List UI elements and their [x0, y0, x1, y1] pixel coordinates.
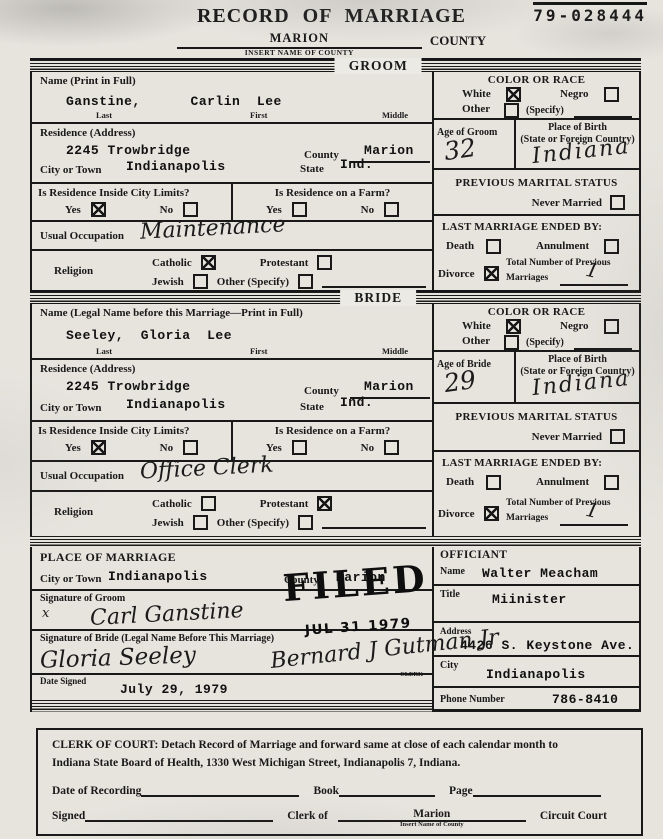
- bride-white-checkbox: [506, 319, 521, 334]
- bride-name-row: Name (Legal Name before this Marriage—Pr…: [32, 304, 432, 360]
- never-married-label: Never Married: [532, 197, 602, 209]
- county-name-value: MARION: [270, 31, 329, 45]
- city-limits-question-label: Is Residence Inside City Limits?: [38, 187, 225, 199]
- groom-signature-value: Carl Ganstine: [90, 600, 245, 630]
- document-header: RECORD OF MARRIAGE 79-028444 MARION INSE…: [0, 0, 663, 58]
- previous-marital-status-title: PREVIOUS MARITAL STATUS: [434, 404, 639, 423]
- specify-fill-line: [574, 116, 632, 118]
- officiant-name-label: Name: [440, 566, 465, 577]
- bride-residence-row: Residence (Address) 2245 Trowbridge Coun…: [32, 360, 432, 422]
- officiant-city-row: City Indianapolis: [434, 657, 639, 688]
- groom-white-checkbox: [506, 87, 521, 102]
- bride-occupation-row: Usual Occupation Office Clerk: [32, 462, 432, 492]
- clerk-of-court-box: CLERK OF COURT: Detach Record of Marriag…: [36, 728, 643, 836]
- name-sub-middle: Middle: [382, 110, 408, 120]
- bride-birthplace-cell: Place of Birth (State or Foreign Country…: [516, 352, 639, 402]
- groom-residence-label: Residence (Address): [40, 127, 135, 139]
- bride-marital-status-row: PREVIOUS MARITAL STATUS Never Married: [434, 404, 639, 452]
- name-sub-last: Last: [96, 110, 112, 120]
- groom-jewish-checkbox: [193, 274, 208, 289]
- bride-catholic-checkbox: [201, 496, 216, 511]
- phone-number-label: Phone Number: [440, 694, 505, 705]
- white-label: White: [462, 320, 491, 332]
- jewish-label: Jewish: [152, 276, 184, 288]
- bride-annulment-checkbox: [604, 475, 619, 490]
- groom-residence-row: Residence (Address) 2245 Trowbridge Coun…: [32, 124, 432, 184]
- groom-age-value: 32: [442, 135, 477, 164]
- bride-other-race-checkbox: [504, 335, 519, 350]
- groom-city-value: Indianapolis: [126, 159, 226, 174]
- other-religion-fill-line: [322, 275, 426, 288]
- bride-farm-yes-checkbox: [292, 440, 307, 455]
- negro-label: Negro: [560, 88, 589, 100]
- groom-occupation-row: Usual Occupation Maintenance: [32, 222, 432, 251]
- bride-city-label: City or Town: [40, 402, 102, 414]
- other-religion-fill-line: [322, 516, 426, 529]
- protestant-label: Protestant: [260, 498, 309, 510]
- groom-divorce-checkbox: [484, 266, 499, 281]
- groom-state-value: Ind.: [340, 157, 373, 172]
- no-label: No: [361, 442, 374, 454]
- death-label: Death: [446, 240, 474, 252]
- officiant-title: OFFICIANT: [434, 547, 639, 563]
- recording-row: Date of Recording Book Page: [52, 784, 627, 797]
- total-previous-fill-line: [560, 524, 628, 526]
- groom-other-religion-checkbox: [298, 274, 313, 289]
- bride-death-checkbox: [486, 475, 501, 490]
- groom-death-checkbox: [486, 239, 501, 254]
- groom-name-label: Name (Print in Full): [40, 75, 136, 87]
- bride-section: Name (Legal Name before this Marriage—Pr…: [30, 304, 641, 536]
- officiant-phone-row: Phone Number 786-8410: [434, 688, 639, 712]
- book-fill-line: [339, 784, 435, 797]
- groom-name-value: Ganstine, Carlin Lee: [66, 94, 282, 109]
- religion-label: Religion: [54, 265, 93, 277]
- specify-fill-line: [574, 348, 632, 350]
- bride-county-value: Marion: [364, 379, 414, 394]
- name-sub-first: First: [250, 346, 267, 356]
- bride-city-value: Indianapolis: [126, 397, 226, 412]
- bride-occupation-value: Office Clerk: [140, 455, 275, 484]
- groom-right-column: COLOR OR RACE White Negro Other (Specify…: [434, 72, 639, 290]
- bride-residence-label: Residence (Address): [40, 363, 135, 375]
- clerk-county-fill-line: Marion Insert Name of County: [338, 808, 526, 822]
- section-divider-bar: [30, 536, 641, 547]
- officiant-name-row: Name Walter Meacham: [434, 563, 639, 586]
- officiant-city-label: City: [440, 660, 458, 671]
- yes-label: Yes: [266, 442, 282, 454]
- bride-other-religion-checkbox: [298, 515, 313, 530]
- bride-jewish-checkbox: [193, 515, 208, 530]
- never-married-label: Never Married: [532, 431, 602, 443]
- date-signed-label: Date Signed: [40, 676, 86, 686]
- name-sub-middle: Middle: [382, 346, 408, 356]
- groom-age-birth-row: Age of Groom 32 Place of Birth (State or…: [434, 120, 639, 170]
- county-hint-label: INSERT NAME OF COUNTY: [245, 48, 354, 57]
- groom-negro-checkbox: [604, 87, 619, 102]
- divorce-label: Divorce: [438, 508, 474, 520]
- protestant-label: Protestant: [260, 257, 309, 269]
- signature-of-groom-label: Signature of Groom: [40, 593, 125, 604]
- groom-state-label: State: [300, 163, 324, 175]
- no-label: No: [160, 442, 173, 454]
- occupation-label: Usual Occupation: [40, 470, 124, 482]
- groom-marital-status-row: PREVIOUS MARITAL STATUS Never Married: [434, 170, 639, 216]
- total-previous-sublabel: Marriages: [506, 513, 548, 523]
- catholic-label: Catholic: [152, 498, 192, 510]
- city-limits-options: Yes No: [38, 440, 225, 455]
- farm-question-label: Is Residence on a Farm?: [239, 187, 426, 199]
- groom-county-value: Marion: [364, 143, 414, 158]
- clerk-county-value: Marion: [413, 808, 450, 820]
- specify-label: (Specify): [526, 337, 564, 348]
- no-label: No: [361, 204, 374, 216]
- groom-race-row: COLOR OR RACE White Negro Other (Specify…: [434, 72, 639, 120]
- bride-age-cell: Age of Bride 29: [434, 352, 516, 402]
- other-race-label: Other: [462, 335, 490, 347]
- bride-race-row: COLOR OR RACE White Negro Other (Specify…: [434, 304, 639, 352]
- phone-number-value: 786-8410: [552, 692, 618, 707]
- date-of-recording-fill-line: [141, 784, 299, 797]
- officiant-name-value: Walter Meacham: [482, 566, 598, 581]
- no-label: No: [160, 204, 173, 216]
- groom-birthplace-cell: Place of Birth (State or Foreign Country…: [516, 120, 639, 168]
- divorce-label: Divorce: [438, 268, 474, 280]
- groom-section: Name (Print in Full) Ganstine, Carlin Le…: [30, 72, 641, 290]
- groom-section-banner: GROOM: [30, 58, 641, 72]
- bride-divorce-checkbox: [484, 506, 499, 521]
- bride-farm-no-checkbox: [384, 440, 399, 455]
- groom-left-column: Name (Print in Full) Ganstine, Carlin Le…: [32, 72, 434, 290]
- other-religion-label: Other (Specify): [217, 276, 289, 288]
- total-previous-sublabel: Marriages: [506, 273, 548, 283]
- clerk-instructions-line2: Indiana State Board of Health, 1330 West…: [52, 755, 627, 773]
- groom-city-limits-no-checkbox: [183, 202, 198, 217]
- jewish-label: Jewish: [152, 517, 184, 529]
- bride-age-value: 29: [442, 367, 477, 396]
- negro-label: Negro: [560, 320, 589, 332]
- bride-name-value: Seeley, Gloria Lee: [66, 328, 232, 343]
- bride-never-married-checkbox: [610, 429, 625, 444]
- filed-stamp-text: FILED: [282, 560, 429, 607]
- groom-signature-mark: x: [42, 607, 49, 620]
- catholic-label: Catholic: [152, 257, 192, 269]
- place-city-label: City or Town: [40, 573, 102, 585]
- groom-other-race-checkbox: [504, 103, 519, 118]
- yes-label: Yes: [65, 442, 81, 454]
- name-sub-last: Last: [96, 346, 112, 356]
- other-race-label: Other: [462, 103, 490, 115]
- annulment-label: Annulment: [536, 240, 589, 252]
- groom-name-row: Name (Print in Full) Ganstine, Carlin Le…: [32, 72, 432, 124]
- groom-age-cell: Age of Groom 32: [434, 120, 516, 168]
- bride-city-limits-question: Is Residence Inside City Limits? Yes No: [32, 422, 233, 460]
- death-label: Death: [446, 476, 474, 488]
- groom-address-value: 2245 Trowbridge: [66, 143, 191, 158]
- groom-protestant-checkbox: [317, 255, 332, 270]
- name-sub-first: First: [250, 110, 267, 120]
- groom-marriage-ended-row: LAST MARRIAGE ENDED BY: Death Annulment …: [434, 216, 639, 290]
- page-label: Page: [449, 785, 473, 797]
- city-limits-options: Yes No: [38, 202, 225, 217]
- form-body: GROOM Name (Print in Full) Ganstine, Car…: [30, 58, 641, 712]
- place-of-birth-label: Place of Birth: [516, 354, 639, 366]
- circuit-court-label: Circuit Court: [540, 810, 607, 822]
- religion-label: Religion: [54, 506, 93, 518]
- page-fill-line: [473, 784, 601, 797]
- groom-never-married-checkbox: [610, 195, 625, 210]
- place-city-value: Indianapolis: [108, 569, 208, 584]
- bride-marriage-ended-row: LAST MARRIAGE ENDED BY: Death Annulment …: [434, 452, 639, 536]
- last-marriage-ended-title: LAST MARRIAGE ENDED BY:: [442, 457, 602, 469]
- place-of-birth-label: Place of Birth: [516, 122, 639, 134]
- groom-annulment-checkbox: [604, 239, 619, 254]
- bride-section-banner: BRIDE: [30, 290, 641, 304]
- farm-question-label: Is Residence on a Farm?: [239, 425, 426, 437]
- bride-age-birth-row: Age of Bride 29 Place of Birth (State or…: [434, 352, 639, 404]
- clerk-county-hint: Insert Name of County: [400, 821, 464, 828]
- groom-total-previous-value: 1: [584, 259, 601, 281]
- signed-fill-line: [85, 809, 273, 822]
- bride-negro-checkbox: [604, 319, 619, 334]
- race-title: COLOR OR RACE: [434, 304, 639, 318]
- signed-label: Signed: [52, 810, 85, 822]
- groom-city-limits-yes-checkbox: [91, 202, 106, 217]
- county-fill-line: MARION INSERT NAME OF COUNTY: [177, 29, 422, 49]
- groom-catholic-checkbox: [201, 255, 216, 270]
- document-number-stamp: 79-028444: [533, 2, 647, 25]
- signature-of-bride-label: Signature of Bride (Legal Name Before Th…: [40, 633, 274, 644]
- annulment-label: Annulment: [536, 476, 589, 488]
- officiant-city-value: Indianapolis: [486, 667, 586, 682]
- filed-stamp: FILED JUL 31 1979: [282, 560, 431, 640]
- date-of-recording-label: Date of Recording: [52, 785, 141, 797]
- bride-city-limits-yes-checkbox: [91, 440, 106, 455]
- date-signed-row: Date Signed July 29, 1979: [32, 675, 432, 700]
- other-religion-label: Other (Specify): [217, 517, 289, 529]
- bride-name-label: Name (Legal Name before this Marriage—Pr…: [40, 307, 303, 319]
- bride-county-label: County: [304, 385, 339, 397]
- signed-row: Signed Clerk of Marion Insert Name of Co…: [52, 808, 627, 822]
- clerk-signature-sublabel: CLERK: [400, 671, 423, 678]
- book-label: Book: [313, 785, 339, 797]
- religion-options: Catholic Protestant Jewish Other (Specif…: [152, 494, 426, 532]
- marriage-record-document: RECORD OF MARRIAGE 79-028444 MARION INSE…: [0, 0, 663, 839]
- bride-total-previous-value: 1: [584, 499, 601, 521]
- groom-city-label: City or Town: [40, 164, 102, 176]
- bride-protestant-checkbox: [317, 496, 332, 511]
- total-previous-fill-line: [560, 284, 628, 286]
- place-bottom-bar: [32, 700, 432, 712]
- race-title: COLOR OR RACE: [434, 72, 639, 86]
- bride-address-value: 2245 Trowbridge: [66, 379, 191, 394]
- occupation-label: Usual Occupation: [40, 230, 124, 242]
- city-limits-question-label: Is Residence Inside City Limits?: [38, 425, 225, 437]
- bride-state-label: State: [300, 401, 324, 413]
- officiant-title-row: Title Miinister: [434, 586, 639, 623]
- county-header-row: MARION INSERT NAME OF COUNTY COUNTY: [0, 29, 663, 49]
- groom-farm-yes-checkbox: [292, 202, 307, 217]
- officiant-title-value: Miinister: [492, 592, 567, 607]
- bride-religion-row: Religion Catholic Protestant Jewish: [32, 492, 432, 536]
- clerk-instructions-line1: CLERK OF COURT: Detach Record of Marriag…: [52, 737, 627, 755]
- bride-left-column: Name (Legal Name before this Marriage—Pr…: [32, 304, 434, 536]
- county-word-label: COUNTY: [430, 33, 486, 49]
- religion-options: Catholic Protestant Jewish Other (Specif…: [152, 253, 426, 291]
- place-of-marriage-section: PLACE OF MARRIAGE City or Town Indianapo…: [32, 547, 434, 712]
- bottom-section: PLACE OF MARRIAGE City or Town Indianapo…: [30, 547, 641, 712]
- bride-city-limits-no-checkbox: [183, 440, 198, 455]
- date-signed-value: July 29, 1979: [120, 682, 228, 697]
- groom-county-label: County: [304, 149, 339, 161]
- officiant-title-label: Title: [440, 589, 460, 600]
- bride-state-value: Ind.: [340, 395, 373, 410]
- bride-signature-value: Gloria Seeley: [40, 644, 197, 672]
- groom-religion-row: Religion Catholic Protestant Jewish: [32, 251, 432, 290]
- previous-marital-status-title: PREVIOUS MARITAL STATUS: [434, 170, 639, 189]
- white-label: White: [462, 88, 491, 100]
- bride-right-column: COLOR OR RACE White Negro Other (Specify…: [434, 304, 639, 536]
- yes-label: Yes: [65, 204, 81, 216]
- groom-farm-no-checkbox: [384, 202, 399, 217]
- clerk-of-label: Clerk of: [287, 810, 328, 822]
- specify-label: (Specify): [526, 105, 564, 116]
- last-marriage-ended-title: LAST MARRIAGE ENDED BY:: [442, 221, 602, 233]
- groom-city-limits-question: Is Residence Inside City Limits? Yes No: [32, 184, 233, 220]
- groom-occupation-value: Maintenance: [140, 214, 286, 244]
